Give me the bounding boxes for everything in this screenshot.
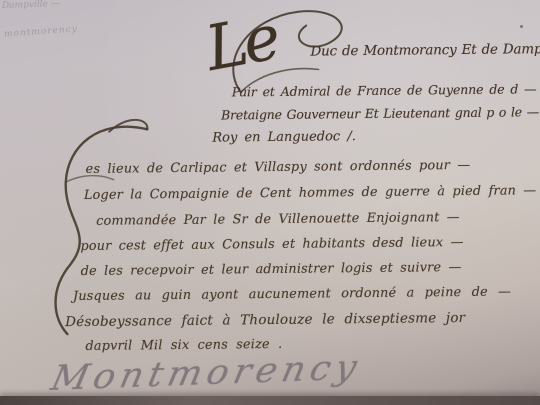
manuscript-photo: Dampville — montmorency Le Duc de Montmo… bbox=[0, 0, 540, 405]
header-line-4: Roy en Languedoc /. bbox=[212, 129, 356, 146]
photo-bottom-edge bbox=[0, 396, 540, 405]
header-line-1: Duc de Montmorancy Et de Dampville bbox=[310, 41, 540, 60]
body-line: Jusques au guin ayont aucunement ordonné… bbox=[73, 284, 511, 304]
body-line: de les recepvoir et leur administrer log… bbox=[81, 260, 462, 279]
header-initial: Le bbox=[201, 6, 281, 80]
body-line: Loger la Compaignie de Cent hommes de gu… bbox=[84, 183, 537, 203]
body-line: Désobeyssance faict à Thoulouze le dixse… bbox=[65, 310, 465, 330]
signature-montmorency: Montmorency bbox=[48, 348, 365, 399]
ink-dot bbox=[520, 25, 523, 28]
header-line-2: Pair et Admiral de France de Guyenne de … bbox=[232, 81, 537, 99]
ink-layer: Le Duc de Montmorancy Et de Dampville Pa… bbox=[0, 0, 540, 405]
body-line: pour cest effet aux Consuls et habitants… bbox=[80, 235, 463, 254]
header-line-3: Bretaigne Gouverneur Et Lieutenant gnal … bbox=[221, 104, 539, 122]
body-line: es lieux de Carlipac et Villaspy sont or… bbox=[86, 158, 471, 177]
body-line: commandée Par le Sr de Villenouette Enjo… bbox=[96, 210, 460, 229]
